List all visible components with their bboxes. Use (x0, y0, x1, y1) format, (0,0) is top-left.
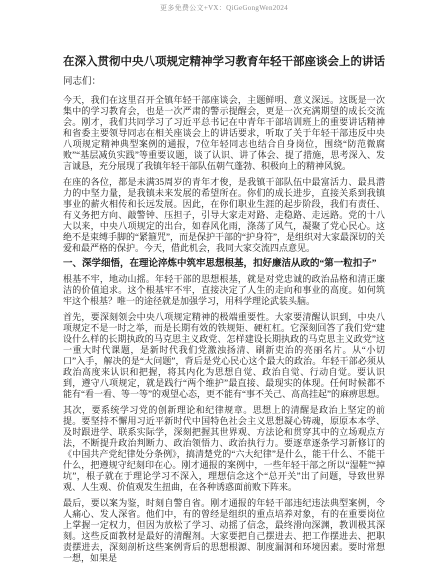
document-title: 在深入贯彻中央八项规定精神学习教育年轻干部座谈会上的讲话 (63, 55, 385, 70)
opening-paragraph-2: 在座的各位，都是未满35周岁的青年才俊，是我镇干部队伍中最富活力、最具潜力的中坚… (63, 177, 385, 254)
section-1-heading: 一、深学细悟，在理论淬炼中筑牢思想根基，扣好廉洁从政的“第一粒扣子” (63, 259, 385, 270)
document-content: 在深入贯彻中央八项规定精神学习教育年轻干部座谈会上的讲话 同志们： 今天，我们在… (63, 55, 385, 569)
section-1-paragraph-2: 首先，要深刻领会中央八项规定精神的极端重要性。大家要清醒认识到，中央八项规定不是… (63, 312, 385, 400)
section-1-paragraph-3: 其次，要系统学习党的创新理论和纪律规章。思想上的清醒是政治上坚定的前提。要坚持不… (63, 405, 385, 493)
opening-paragraph-1: 今天，我们在这里召开全镇年轻干部座谈会，主题鲜明、意义深远。这既是一次集中的学习… (63, 95, 385, 172)
document-page: 更多免费公文+VX：QiGeGongWen2024 在深入贯彻中央八项规定精神学… (0, 0, 448, 580)
salutation: 同志们： (63, 77, 385, 88)
watermark-note: 更多免费公文+VX：QiGeGongWen2024 (0, 4, 448, 13)
section-1-paragraph-1: 根基不牢，地动山摇。年轻干部的思想根基，就是对党忠诚的政治品格和清正廉洁的价值追… (63, 274, 385, 307)
section-1-paragraph-4: 最后，要以案为鉴，时刻自警自省。刚才通报的年轻干部违纪违法典型案例，令人痛心、发… (63, 498, 385, 564)
